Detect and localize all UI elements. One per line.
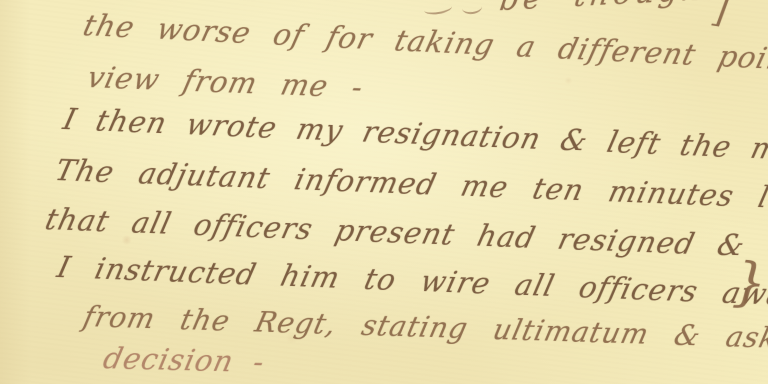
handwritten-line-8: decision - bbox=[100, 341, 268, 379]
manuscript-page: be thought ] the worse of for taking a d… bbox=[0, 0, 768, 384]
grouping-brace-mark: } bbox=[731, 252, 768, 314]
handwritten-line-2: view from me - bbox=[84, 60, 367, 104]
illegible-stroke bbox=[423, 1, 452, 16]
handwritten-line-fragment: be thought bbox=[498, 0, 725, 18]
illegible-stroke bbox=[461, 0, 482, 15]
fragment-tail-mark: ] bbox=[711, 0, 730, 32]
